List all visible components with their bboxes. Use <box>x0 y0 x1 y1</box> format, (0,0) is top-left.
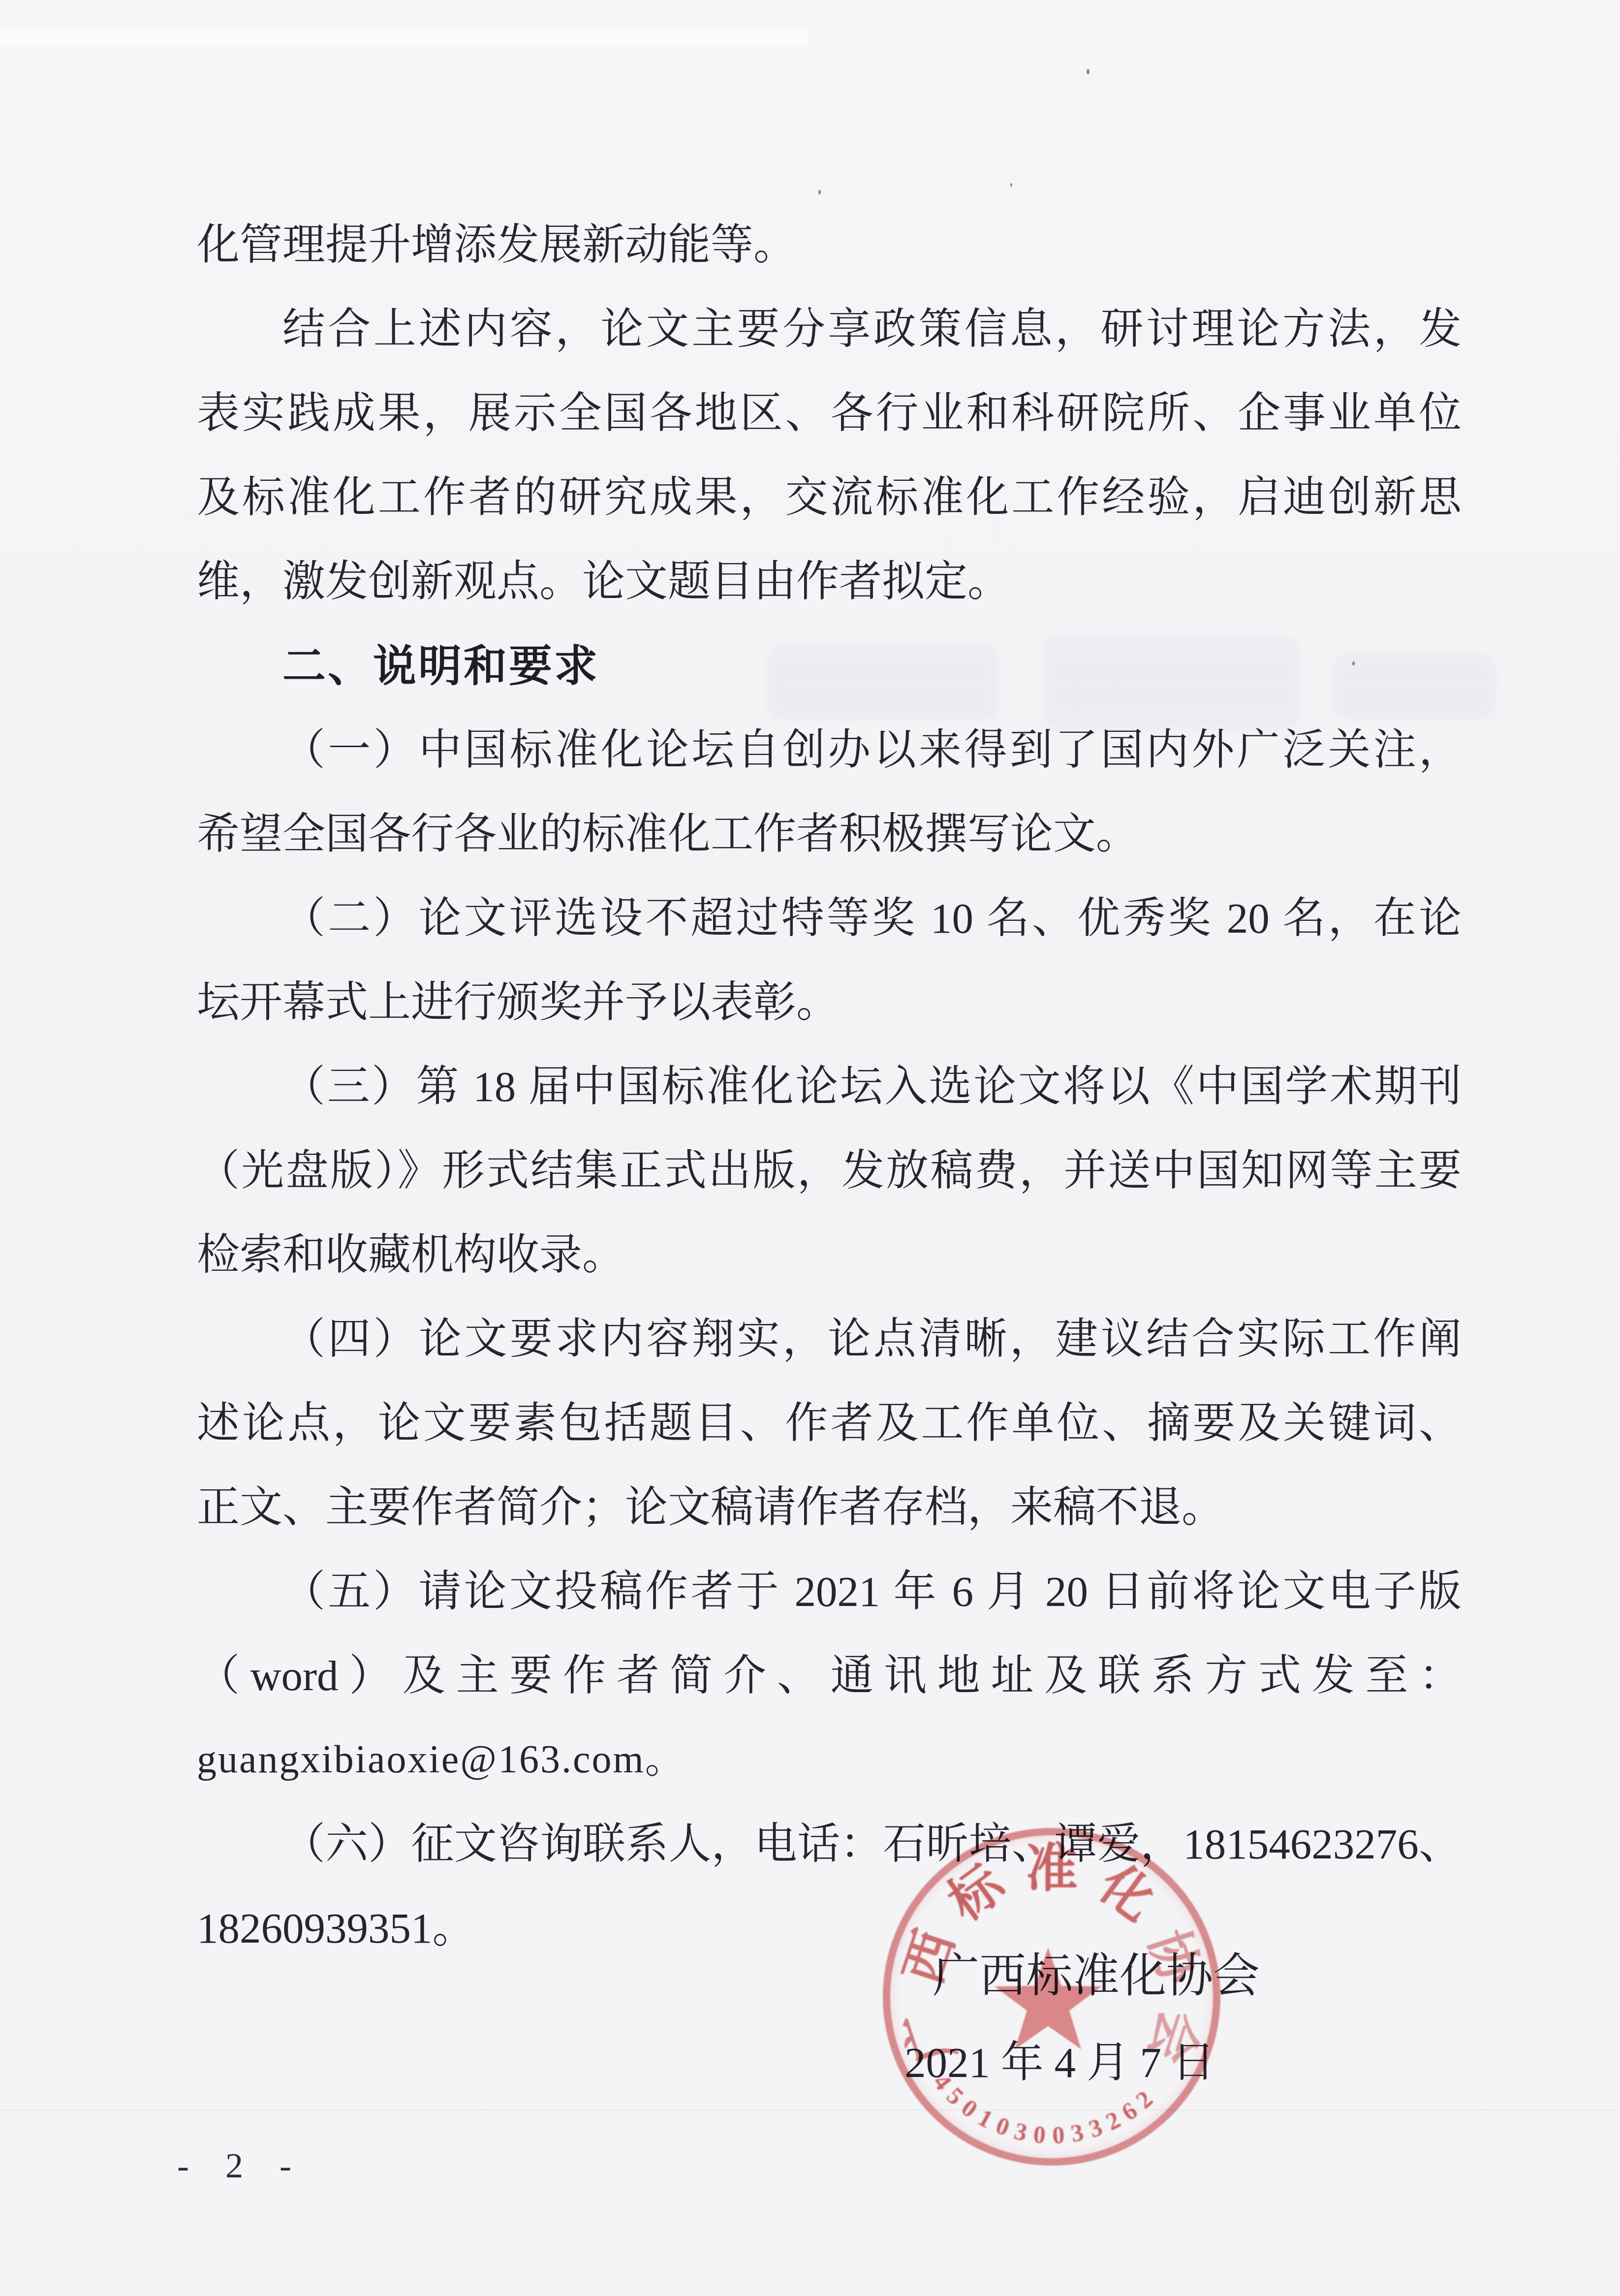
text-line: 结合上述内容，论文主要分享政策信息，研讨理论方法，发 <box>197 287 1462 371</box>
text-line: 二、说明和要求 <box>197 624 1462 708</box>
page-number: - 2 - <box>177 2147 305 2184</box>
text-line: （四）论文要求内容翔实，论点清晰，建议结合实际工作阐 <box>197 1297 1462 1381</box>
text-line: 正文、主要作者简介；论文稿请作者存档，来稿不退。 <box>197 1465 1462 1549</box>
scan-streak <box>0 28 808 47</box>
text-line: （二）论文评选设不超过特等奖 10 名、优秀奖 20 名，在论 <box>197 876 1462 960</box>
text-line: （三）第 18 届中国标准化论坛入选论文将以《中国学术期刊 <box>197 1044 1462 1129</box>
text-line: 希望全国各行各业的标准化工作者积极撰写论文。 <box>197 792 1462 876</box>
text-line: 表实践成果，展示全国各地区、各行业和科研院所、企事业单位 <box>197 371 1462 455</box>
seal-arc-char: 准 <box>1026 1843 1078 1895</box>
dust-speck <box>818 190 821 194</box>
text-line: 18260939351。 <box>197 1886 1462 1970</box>
scan-line-artifact <box>0 2109 1620 2111</box>
text-line: 检索和收藏机构收录。 <box>197 1213 1462 1297</box>
text-line: 化管理提升增添发展新动能等。 <box>197 203 1462 287</box>
text-line: （光盘版）》形式结集正式出版，发放稿费，并送中国知网等主要 <box>197 1129 1462 1213</box>
dust-speck <box>1087 69 1090 74</box>
document-body: 化管理提升增添发展新动能等。结合上述内容，论文主要分享政策信息，研讨理论方法，发… <box>197 203 1462 1970</box>
seal-star-icon <box>990 1945 1107 2062</box>
seal-code-digit: 0 <box>1032 2122 1047 2147</box>
official-seal: 广西标准化协会 4501030033262 <box>883 1828 1220 2166</box>
text-line: 及标准化工作者的研究成果，交流标准化工作经验，启迪创新思 <box>197 455 1462 539</box>
scanned-page: 化管理提升增添发展新动能等。结合上述内容，论文主要分享政策信息，研讨理论方法，发… <box>0 0 1620 2296</box>
text-line: 述论点，论文要素包括题目、作者及工作单位、摘要及关键词、 <box>197 1381 1462 1465</box>
dust-speck <box>1010 183 1012 187</box>
seal-code-digit: 0 <box>1052 2122 1065 2147</box>
text-line: guangxibiaoxie@163.com。 <box>197 1718 1462 1802</box>
text-line: 维，激发创新观点。论文题目由作者拟定。 <box>197 539 1462 624</box>
text-line: （六）征文咨询联系人，电话：石昕培、谭爱，18154623276、 <box>197 1802 1462 1886</box>
text-line: （一）中国标准化论坛自创办以来得到了国内外广泛关注， <box>197 708 1462 792</box>
text-line: （word）及主要作者简介、通讯地址及联系方式发至： <box>197 1634 1462 1718</box>
text-line: 坛开幕式上进行颁奖并予以表彰。 <box>197 960 1462 1044</box>
text-line: （五）请论文投稿作者于 2021 年 6 月 20 日前将论文电子版 <box>197 1549 1462 1634</box>
